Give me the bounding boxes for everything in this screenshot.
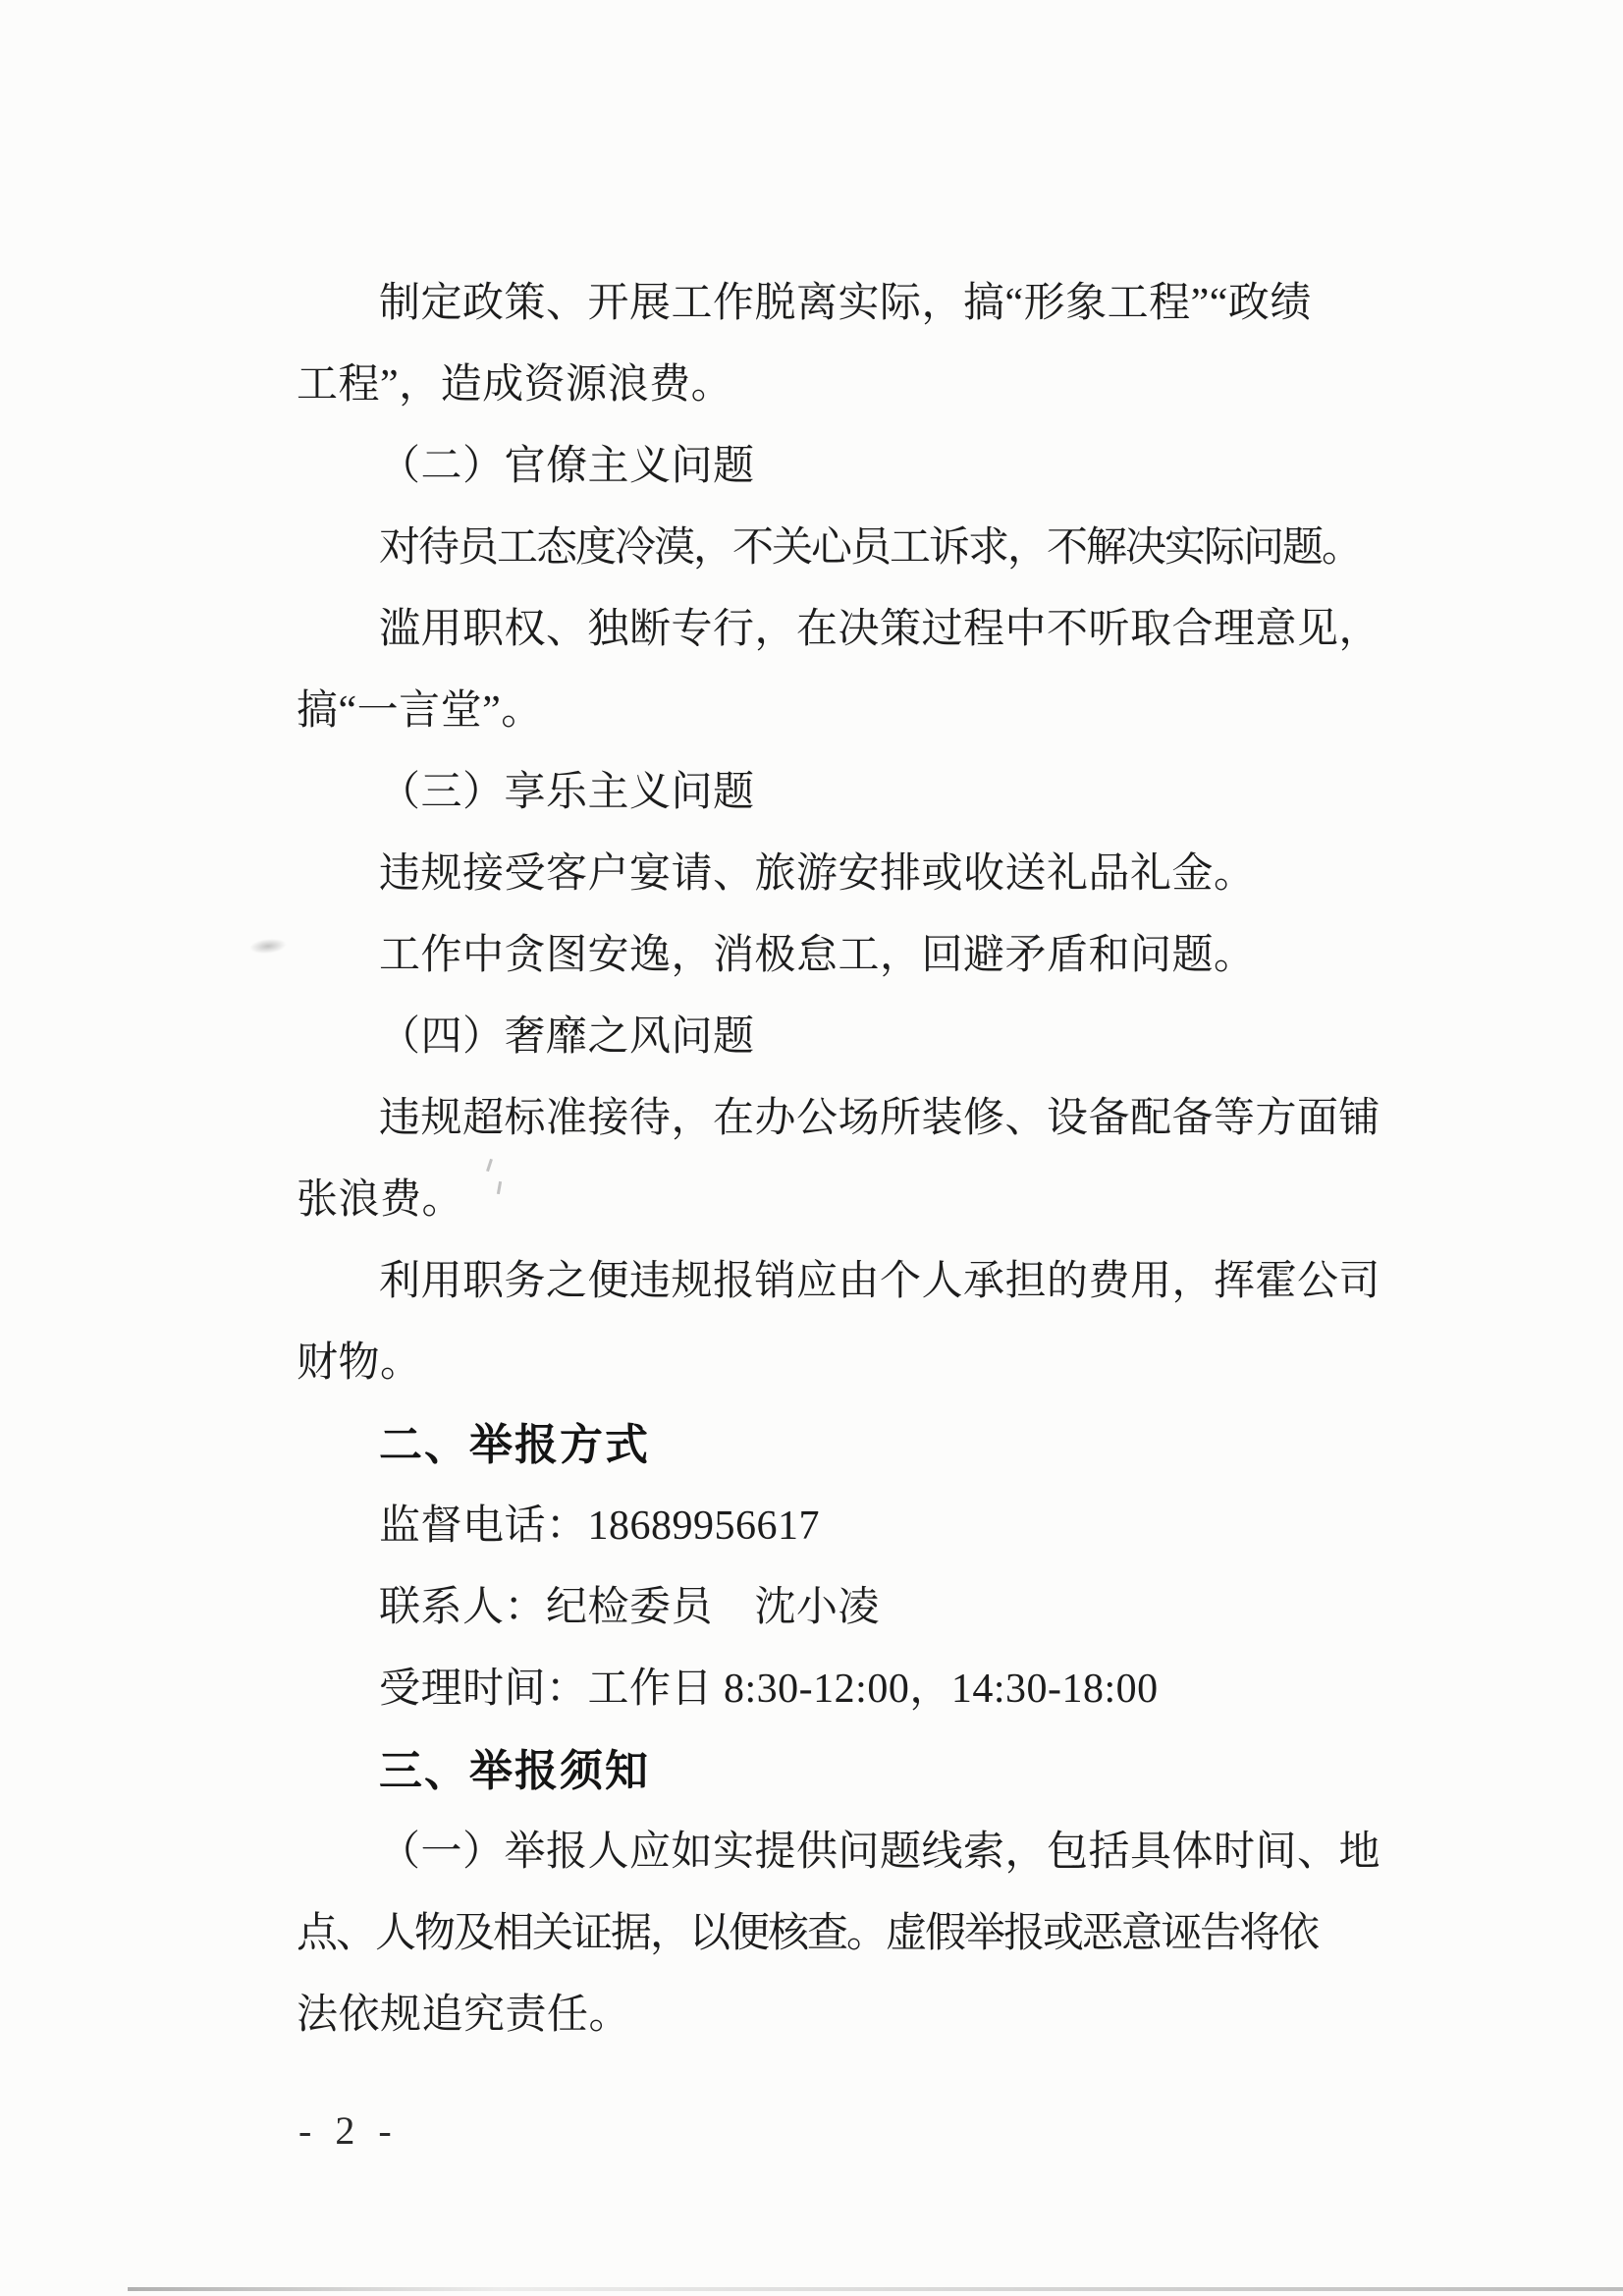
body-line: 张浪费。 (297, 1160, 1475, 1241)
scan-smudge-artifact (248, 937, 287, 956)
document-body: 制定政策、开展工作脱离实际，搞“形象工程”“政绩 工程”，造成资源浪费。 （二）… (297, 263, 1475, 2056)
body-line: （一）举报人应如实提供问题线索，包括具体时间、地 (297, 1812, 1475, 1893)
body-line: 违规超标准接待，在办公场所装修、设备配备等方面铺 (297, 1078, 1475, 1160)
section-heading-report-notice: 三、举报须知 (297, 1730, 1475, 1812)
body-line: 违规接受客户宴请、旅游安排或收送礼品礼金。 (297, 834, 1475, 915)
body-line: 财物。 (297, 1323, 1475, 1404)
body-line: 工作中贪图安逸，消极怠工，回避矛盾和问题。 (297, 915, 1475, 997)
scan-edge-artifact (128, 2287, 1623, 2291)
body-line: 滥用职权、独断专行，在决策过程中不听取合理意见， (297, 589, 1475, 671)
body-line: 对待员工态度冷漠，不关心员工诉求，不解决实际问题。 (297, 508, 1475, 589)
subsection-title: （四）奢靡之风问题 (297, 997, 1475, 1078)
body-line: 搞“一言堂”。 (297, 671, 1475, 752)
supervision-phone-line: 监督电话：18689956617 (297, 1486, 1475, 1567)
body-line: 点、人物及相关证据，以便核查。虚假举报或恶意诬告将依 (297, 1893, 1475, 1975)
body-line: 制定政策、开展工作脱离实际，搞“形象工程”“政绩 (297, 263, 1475, 345)
body-line: 法依规追究责任。 (297, 1975, 1475, 2056)
contact-person-line: 联系人：纪检委员 沈小凌 (297, 1567, 1475, 1649)
service-hours-line: 受理时间：工作日 8:30-12:00，14:30-18:00 (297, 1649, 1475, 1730)
subsection-title: （三）享乐主义问题 (297, 752, 1475, 834)
section-heading-report-method: 二、举报方式 (297, 1404, 1475, 1486)
body-line: 工程”，造成资源浪费。 (297, 345, 1475, 426)
document-page: 制定政策、开展工作脱离实际，搞“形象工程”“政绩 工程”，造成资源浪费。 （二）… (0, 0, 1623, 2296)
subsection-title: （二）官僚主义问题 (297, 426, 1475, 508)
scan-marks-artifact (483, 1157, 511, 1202)
page-number: - 2 - (298, 2107, 399, 2154)
body-line: 利用职务之便违规报销应由个人承担的费用，挥霍公司 (297, 1241, 1475, 1323)
